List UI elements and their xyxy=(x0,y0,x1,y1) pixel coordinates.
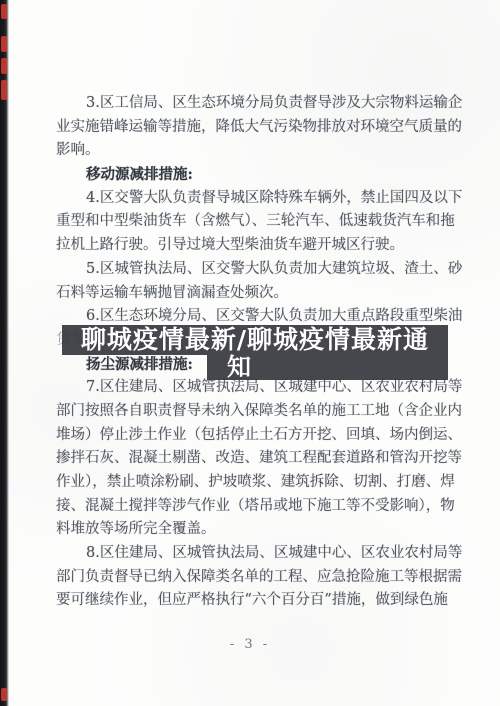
scan-edge-bar xyxy=(0,0,9,706)
red-ink-mark xyxy=(1,4,7,19)
document-line: 3.区工信局、区生态环境分局负责督导涉及大宗物料运输企 xyxy=(56,92,450,116)
document-line: 拉机上路行驶。引导过境大型柴油货车避开城区行驶。 xyxy=(56,234,450,258)
page-number: - 3 - xyxy=(0,637,500,652)
red-ink-mark xyxy=(1,36,7,52)
document-line: 部门按照各自职责督导未纳入保障类名单的施工工地（含企业内 xyxy=(56,400,450,424)
document-line: 4.区交警大队负责督导城区除特殊车辆外，禁止国四及以下 xyxy=(56,187,450,211)
document-line: 石料等运输车辆抛冒滴漏查处频次。 xyxy=(56,282,450,306)
document-line: 作业），禁止喷涂粉刷、护坡喷浆、建筑拆除、切割、打磨、焊 xyxy=(56,471,450,495)
document-line: 8.区住建局、区城管执法局、区城建中心、区农业农村局等 xyxy=(56,542,450,566)
document-line: 移动源减排措施: xyxy=(56,163,450,187)
document-line: 料堆放等场所完全覆盖。 xyxy=(56,518,450,542)
headline-overlay: 聊城疫情最新/聊城疫情最新通 知 xyxy=(62,325,448,380)
headline-line2: 知 xyxy=(207,355,448,380)
document-line: 重型和中型柴油货车（含燃气）、三轮汽车、低速载货汽车和拖 xyxy=(56,210,450,234)
headline-line1: 聊城疫情最新/聊城疫情最新通 xyxy=(62,325,448,355)
document-line: 5.区城管执法局、区交警大队负责加大建筑垃圾、渣土、砂 xyxy=(56,258,450,282)
document-line: 接、混凝土搅拌等涉气作业（塔吊或地下施工等不受影响），物 xyxy=(56,495,450,519)
document-line: 业实施错峰运输等措施，降低大气污染物排放对环境空气质量的 xyxy=(56,116,450,140)
red-ink-mark xyxy=(1,58,7,74)
scanned-document-page: 3.区工信局、区生态环境分局负责督导涉及大宗物料运输企业实施错峰运输等措施，降低… xyxy=(0,0,500,706)
document-line: 影响。 xyxy=(56,139,450,163)
red-ink-mark xyxy=(1,80,7,100)
document-line: 部门负责督导已纳入保障类名单的工程、应急抢险施工等根据需 xyxy=(56,566,450,590)
red-ink-mark xyxy=(1,688,7,701)
document-line: 堆场）停止涉土作业（包括停止土石方开挖、回填、场内倒运、 xyxy=(56,424,450,448)
document-line: 掺拌石灰、混凝土剔凿、改造、建筑工程配套道路和管沟开挖等 xyxy=(56,447,450,471)
document-line: 要可继续作业，但应严格执行“六个百分百”措施，做到绿色施 xyxy=(56,589,450,613)
